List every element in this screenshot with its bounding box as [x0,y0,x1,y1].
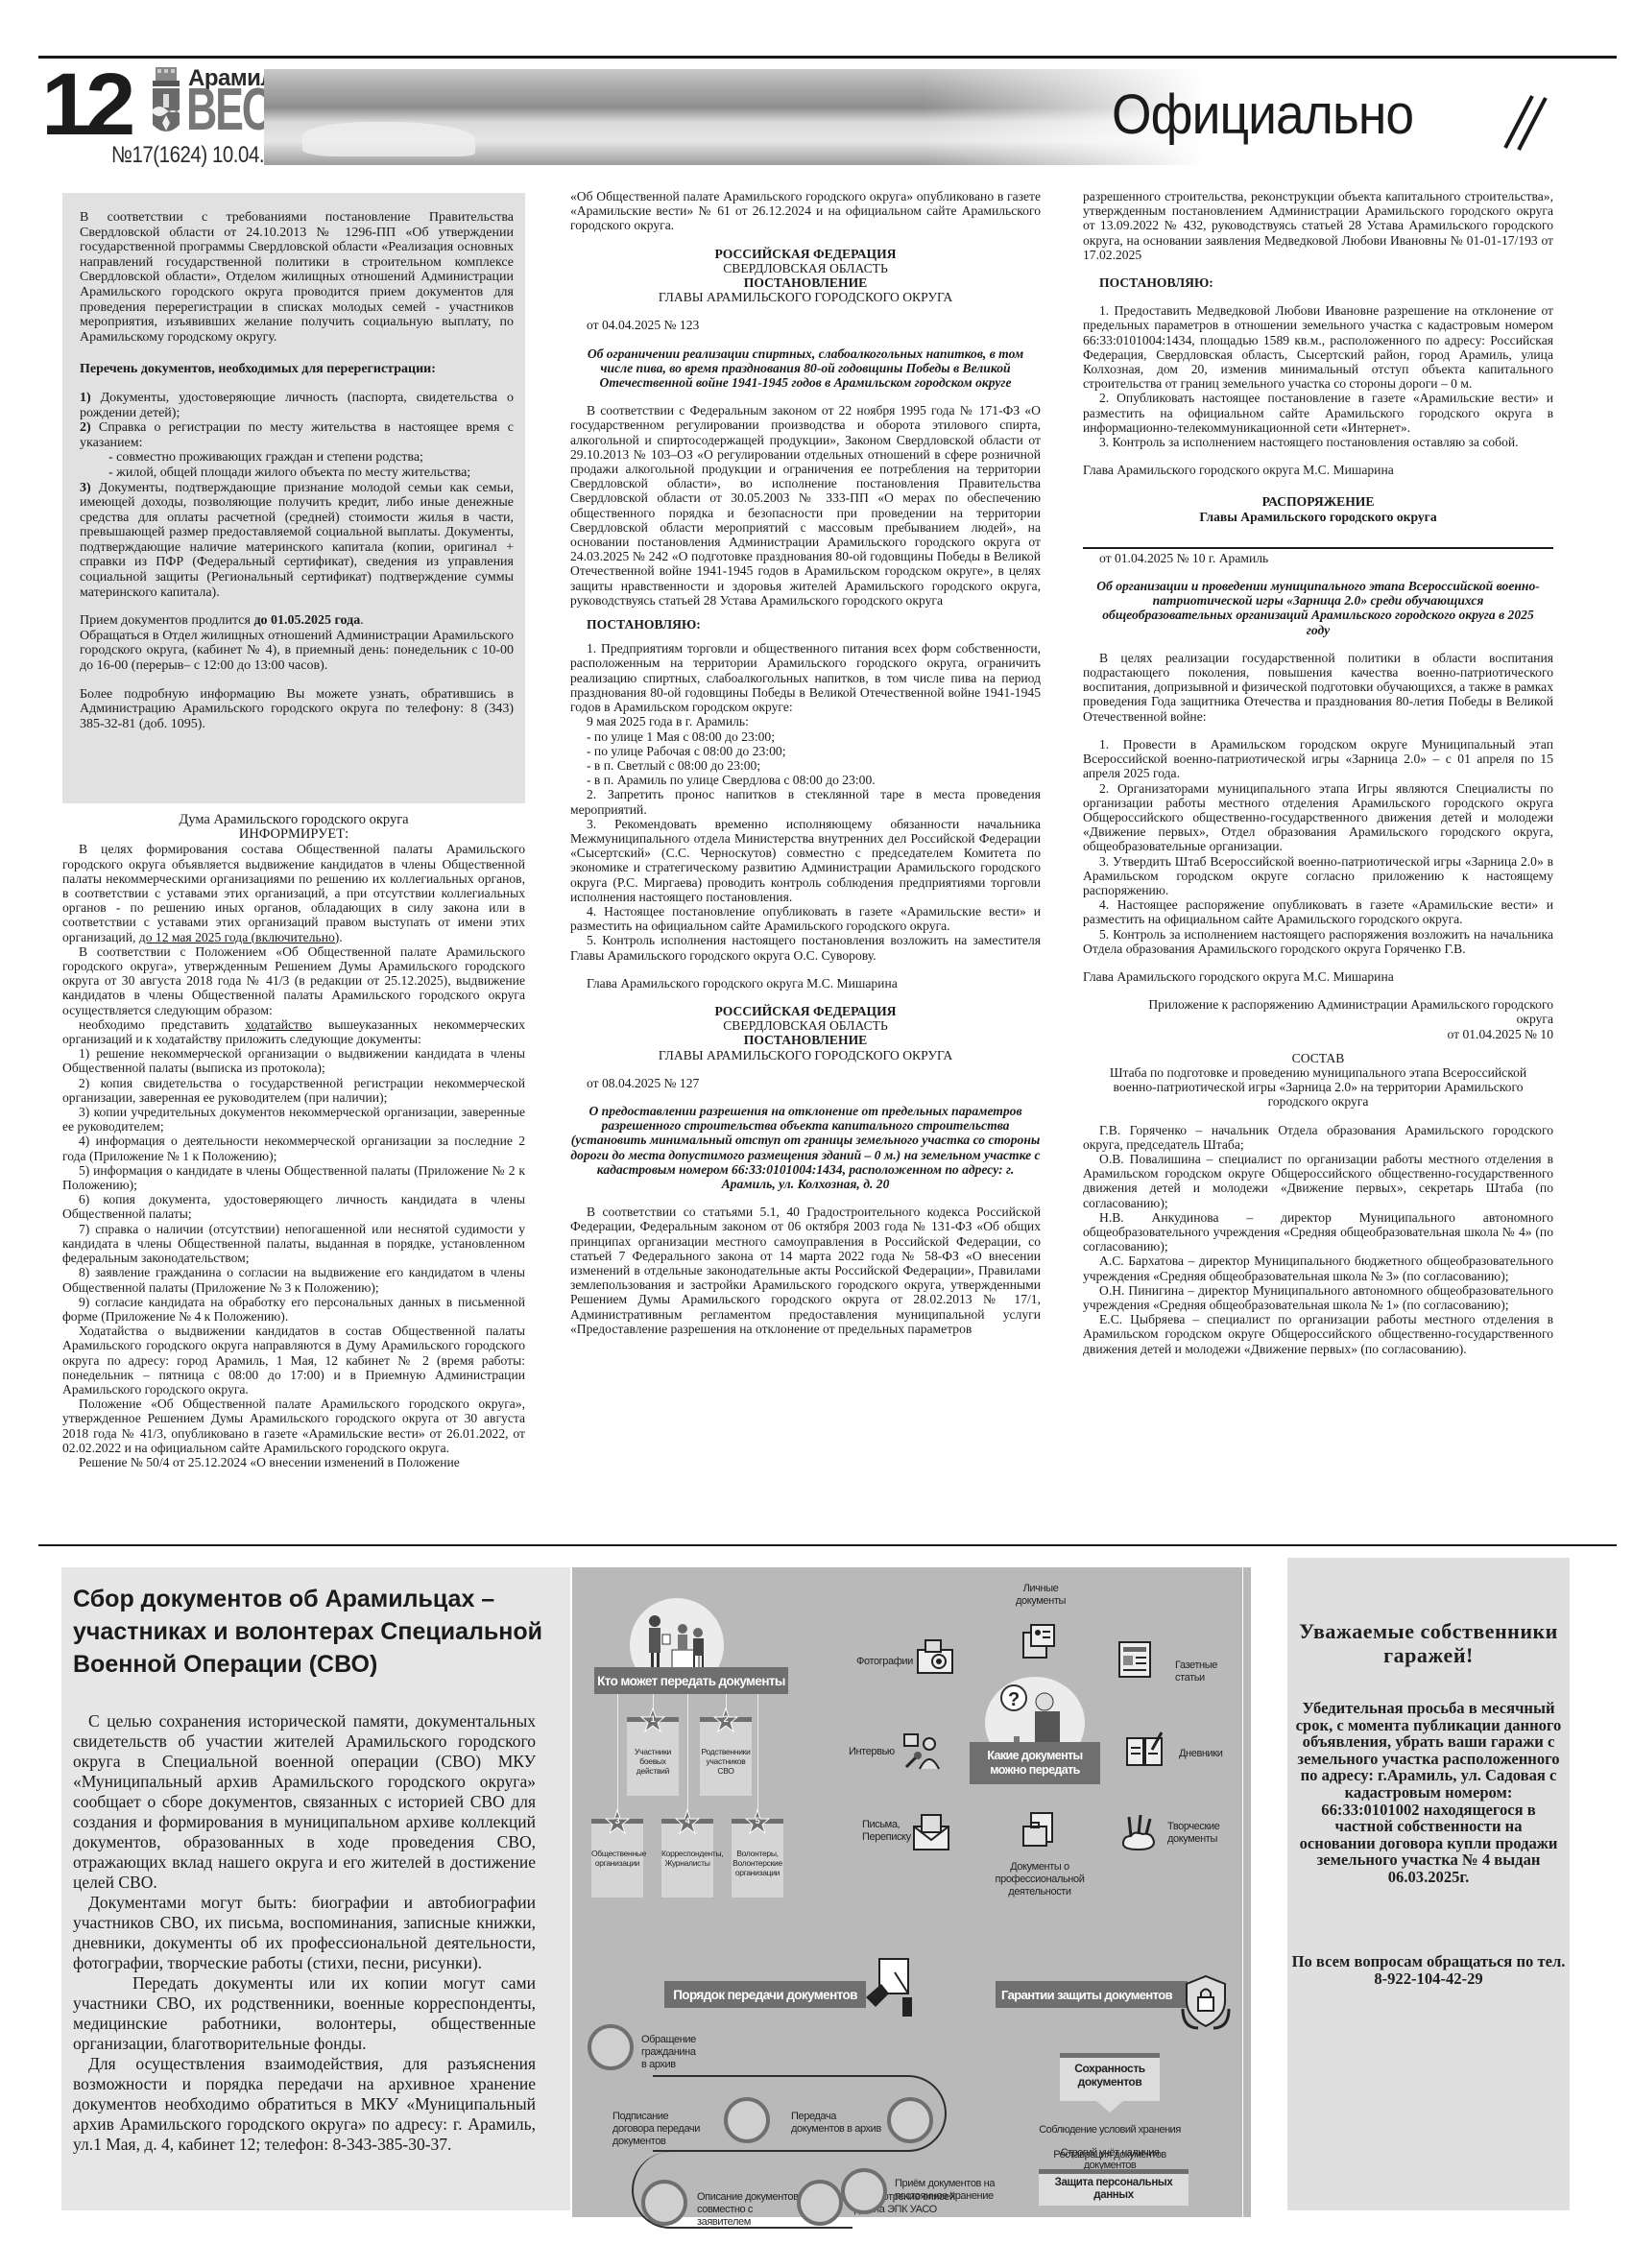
decree-127-issuer: ГЛАВЫ АРАМИЛЬСКОГО ГОРОДСКОГО ОКРУГА [570,1048,1041,1062]
decree-123-p2: 2. Запретить пронос напитков в стеклянно… [570,787,1041,816]
duma-notice: Дума Арамильского городского округа ИНФО… [62,813,525,1469]
connector-line [687,1694,688,1819]
composition-member-3: Н.В. Анкудинова – директор Муниципальног… [1083,1210,1553,1254]
housing-item-2: 2) Справка о регистрации по месту житель… [80,420,514,450]
decree-123-schedule-4: - в п. Арамиль по улице Свердлова с 08:0… [570,773,1041,787]
step-6-label: Приём документов на постоянное хранение [895,2178,1000,2203]
decree-127-region: СВЕРДЛОВСКАЯ ОБЛАСТЬ [570,1018,1041,1033]
archive-infographic: Кто может передать документы 1 Участники… [572,1567,1242,2217]
decree-127-p3: 3. Контроль за исполнением настоящего по… [1083,435,1553,449]
decree-123-p1: 1. Предприятиям торговли и общественного… [570,641,1041,714]
garage-notice-heading: Уважаемые собственники гаражей! [1287,1619,1570,1667]
order-10-appendix-note: Приложение к распоряжению Администрации … [1083,997,1553,1026]
art-supplies-icon [1119,1813,1158,1851]
step-4-label: Описание документов совместно с заявител… [697,2191,803,2229]
garage-owners-notice: Уважаемые собственники гаражей! Убедител… [1287,1558,1570,2210]
duma-p1: В целях формирования состава Общественно… [62,842,525,943]
writing-notepad-icon [866,1955,916,2018]
duma-doc-7: 7) справка о наличии (отсутствии) непога… [62,1222,525,1266]
masthead: 12 Арамильские ВЕСТИ №17(1624) 10.04.202… [38,61,1617,169]
composition-member-2: О.В. Повалишина – специалист по организа… [1083,1152,1553,1210]
middle-column: «Об Общественной палате Арамильского гор… [570,189,1041,1336]
double-slash-icon [1500,90,1553,152]
safety-item-3: Реставрация документов [1014,2149,1206,2161]
step-3-label: Передача документов в архив [791,2111,881,2136]
housing-list-title: Перечень документов, необходимых для пер… [80,362,514,377]
duma-p6-continued: «Об Общественной палате Арамильского гор… [570,189,1041,233]
svo-p2: Документами могут быть: биографии и авто… [73,1893,536,1973]
duma-p2: В соответствии с Положением «Об Обществе… [62,944,525,1017]
order-10-type: РАСПОРЯЖЕНИЕ [1083,494,1553,509]
step-2-icon [724,2097,770,2143]
decree-123-p3: 3. Рекомендовать временно исполняющему о… [570,817,1041,904]
step-1-icon [588,2024,634,2070]
order-10-rule [1083,547,1553,549]
decree-123-p4: 4. Настоящее постановление опубликовать … [570,904,1041,933]
svg-text:?: ? [1008,1689,1020,1710]
decree-127-date: от 08.04.2025 № 127 [570,1076,1041,1090]
decree-127-country: РОССИЙСКАЯ ФЕДЕРАЦИЯ [570,1004,1041,1018]
decree-127-p2: 2. Опубликовать настоящее постановление … [1083,391,1553,435]
decree-123-resolve: ПОСТАНОВЛЯЮ: [570,617,1041,632]
composition-member-1: Г.В. Горяченко – начальник Отдела образо… [1083,1123,1553,1152]
step-4-icon [641,2180,687,2226]
section-title: Официально [1112,83,1413,147]
padlock-shield-icon [1181,1974,1231,2030]
order-10-issuer: Главы Арамильского городского округа [1083,510,1553,524]
doc-type-newspaper: Газетные статьи [1175,1659,1242,1684]
duma-p5: Положение «Об Общественной палате Арамил… [62,1397,525,1455]
decree-127-p1: 1. Предоставить Медведковой Любови Ивано… [1083,303,1553,391]
svo-p1: С целью сохранения исторической памяти, … [73,1711,536,1893]
order-10-preamble: В целях реализации государственной полит… [1083,651,1553,724]
decree-123-signature: Глава Арамильского городского округа М.С… [570,976,1041,991]
personal-documents-icon [1020,1623,1058,1661]
page-number: 12 [41,67,130,142]
connector-line [757,1694,758,1819]
decree-123-type: ПОСТАНОВЛЕНИЕ [570,275,1041,290]
doc-type-professional: Документы о профессиональной деятельност… [987,1861,1093,1898]
duma-doc-3: 3) копии учредительных документов некомм… [62,1105,525,1134]
personal-data-protection-box: Защита персональных данных [1039,2169,1189,2206]
step-2-label: Подписание договора передачи документов [612,2111,708,2148]
duma-p3: необходимо представить ходатайство вышеу… [62,1017,525,1046]
garage-notice-body: Убедительная просьба в месячный срок, с … [1295,1700,1562,1886]
header-top-rule [38,56,1617,59]
decree-123-region: СВЕРДЛОВСКАЯ ОБЛАСТЬ [570,261,1041,275]
newspaper-icon [1116,1640,1154,1679]
svo-documents-article: Сбор документов об Арамильцах – участник… [61,1567,570,2210]
who-card-4: 4 Корреспонденты, Журналисты [661,1819,713,1898]
garage-notice-contact: По всем вопросам обращаться по тел. 8-92… [1287,1953,1570,1987]
housing-deadline: Прием документов продлится до 01.05.2025… [80,613,514,629]
decree-123-schedule-3: - в п. Светлый с 08:00 до 23:00; [570,758,1041,773]
duma-doc-1: 1) решение некоммерческой организации о … [62,1046,525,1075]
duma-doc-4: 4) информация о деятельности некоммерчес… [62,1134,525,1162]
composition-member-5: О.Н. Пинигина – директор Муниципального … [1083,1283,1553,1312]
city-coat-of-arms-icon [152,67,180,138]
decree-127-title: О предоставлении разрешения на отклонени… [570,1104,1041,1191]
who-card-5: 5 Волонтеры, Волонтерские организации [732,1819,783,1898]
decree-127-resolve: ПОСТАНОВЛЯЮ: [1083,275,1553,290]
duma-doc-2: 2) копия свидетельства о государственной… [62,1076,525,1105]
housing-item-1: 1) Документы, удостоверяющие личность (п… [80,391,514,420]
order-10-date: от 01.04.2025 № 10 г. Арамиль [1083,551,1553,565]
document-types-header: Какие документы можно передать [970,1742,1100,1784]
svo-article-title: Сбор документов об Арамильцах – участник… [73,1583,563,1681]
housing-subitem-2: - жилой, общей площади жилого объекта по… [80,466,514,481]
duma-p4: Ходатайства о выдвижении кандидатов в со… [62,1324,525,1397]
decree-127-signature: Глава Арамильского городского округа М.С… [1083,463,1553,477]
duma-informs: ИНФОРМИРУЕТ: [62,827,525,842]
decree-123-schedule-2: - по улице Рабочая с 08:00 до 23:00; [570,744,1041,758]
order-10-p4: 4. Настоящее распоряжение опубликовать в… [1083,897,1553,926]
right-column: разрешенного строительства, реконструкци… [1083,189,1553,1356]
briefcase-documents-icon [1020,1811,1058,1850]
composition-member-6: Е.С. Цыбряева – специалист по организаци… [1083,1312,1553,1356]
step-1-label: Обращение гражданина в архив [641,2034,699,2071]
doc-type-diaries: Дневники [1179,1748,1222,1760]
order-10-p5: 5. Контроль за исполнением настоящего ра… [1083,927,1553,956]
duma-doc-5: 5) информация о кандидате в члены Общест… [62,1163,525,1192]
duma-doc-9: 9) согласие кандидата на обработку его п… [62,1295,525,1324]
doc-type-creative: Творческие документы [1167,1821,1215,1846]
order-10-p2: 2. Организаторами муниципального этапа И… [1083,781,1553,854]
envelope-letter-icon [912,1813,950,1851]
order-10-title: Об организации и проведении муниципально… [1083,579,1553,637]
housing-subitem-1: - совместно проживающих граждан и степен… [80,450,514,466]
decree-123-schedule-head: 9 мая 2025 года в г. Арамиль: [570,714,1041,728]
decree-123-p5: 5. Контроль исполнения настоящего постан… [570,933,1041,962]
who-card-2: 2 Родственники участников СВО [700,1717,752,1796]
decree-123-title: Об ограничении реализации спиртных, слаб… [570,346,1041,391]
safety-item-1: Соблюдение условий хранения [1014,2124,1206,2137]
connector-line [617,1694,618,1819]
svo-p3: Передать документы или их копии могут са… [73,1973,536,2054]
duma-doc-8: 8) заявление гражданина о согласии на вы… [62,1265,525,1294]
doc-type-personal: Личные документы [1012,1583,1069,1608]
housing-notice-box: В соответствии с требованиями постановле… [62,193,525,803]
order-10-p1: 1. Провести в Арамильском городском окру… [1083,737,1553,781]
camera-icon [916,1638,954,1677]
duma-p6: Решение № 50/4 от 25.12.2024 «О внесении… [62,1455,525,1469]
doc-type-photos: Фотографии [856,1656,913,1668]
banner-landscape-photo [264,69,1205,165]
decree-123-preamble: В соответствии с Федеральным законом от … [570,403,1041,608]
decree-127-preamble: В соответствии со статьями 5.1, 40 Градо… [570,1205,1041,1336]
interview-microphone-icon [902,1732,941,1771]
open-diary-icon [1125,1731,1164,1769]
step-6-icon [841,2168,887,2214]
duma-org: Дума Арамильского городского округа [62,813,525,827]
decree-127-preamble-continued: разрешенного строительства, реконструкци… [1083,189,1553,262]
composition-title: СОСТАВ [1083,1051,1553,1065]
step-5-icon [797,2180,843,2226]
housing-item-3: 3) Документы, подтверждающие признание м… [80,481,514,601]
bottom-section-rule [38,1544,1617,1546]
transfer-order-header: Порядок передачи документов [664,1981,866,2008]
doc-type-letters: Письма, Переписку [862,1819,901,1844]
decree-123-date: от 04.04.2025 № 123 [570,318,1041,332]
decree-123-country: РОССИЙСКАЯ ФЕДЕРАЦИЯ [570,247,1041,261]
housing-more-info: Более подробную информацию Вы можете узн… [80,687,514,732]
who-can-submit-header: Кто может передать документы [594,1667,788,1694]
who-card-3: 3 Общественные организации [591,1819,643,1898]
housing-contact: Обращаться в Отдел жилищных отношений Ад… [80,629,514,674]
decree-127-type: ПОСТАНОВЛЕНИЕ [570,1033,1041,1047]
duma-doc-6: 6) копия документа, удостоверяющего личн… [62,1192,525,1221]
order-10-appendix-date: от 01.04.2025 № 10 [1083,1027,1553,1041]
who-card-1: 1 Участники боевых действий [627,1717,679,1796]
housing-intro: В соответствии с требованиями постановле… [80,210,514,345]
infographic-edge [1243,1567,1251,2217]
protection-guarantees-header: Гарантии защиты документов [996,1981,1188,2008]
composition-subtitle: Штаба по подготовке и проведению муницип… [1083,1065,1553,1110]
step-3-icon [887,2097,933,2143]
order-10-signature: Глава Арамильского городского округа М.С… [1083,969,1553,984]
svo-p4: Для осуществления взаимодействия, для ра… [73,2054,536,2155]
decree-123-issuer: ГЛАВЫ АРАМИЛЬСКОГО ГОРОДСКОГО ОКРУГА [570,290,1041,304]
order-10-p3: 3. Утвердить Штаб Всероссийской военно-п… [1083,854,1553,898]
doc-type-interview: Интервью [849,1746,895,1758]
composition-member-4: А.С. Бархатова – директор Муниципального… [1083,1253,1553,1282]
decree-123-schedule-1: - по улице 1 Мая с 08:00 до 23:00; [570,729,1041,744]
document-safety-box: Сохранность документов [1060,2053,1160,2101]
